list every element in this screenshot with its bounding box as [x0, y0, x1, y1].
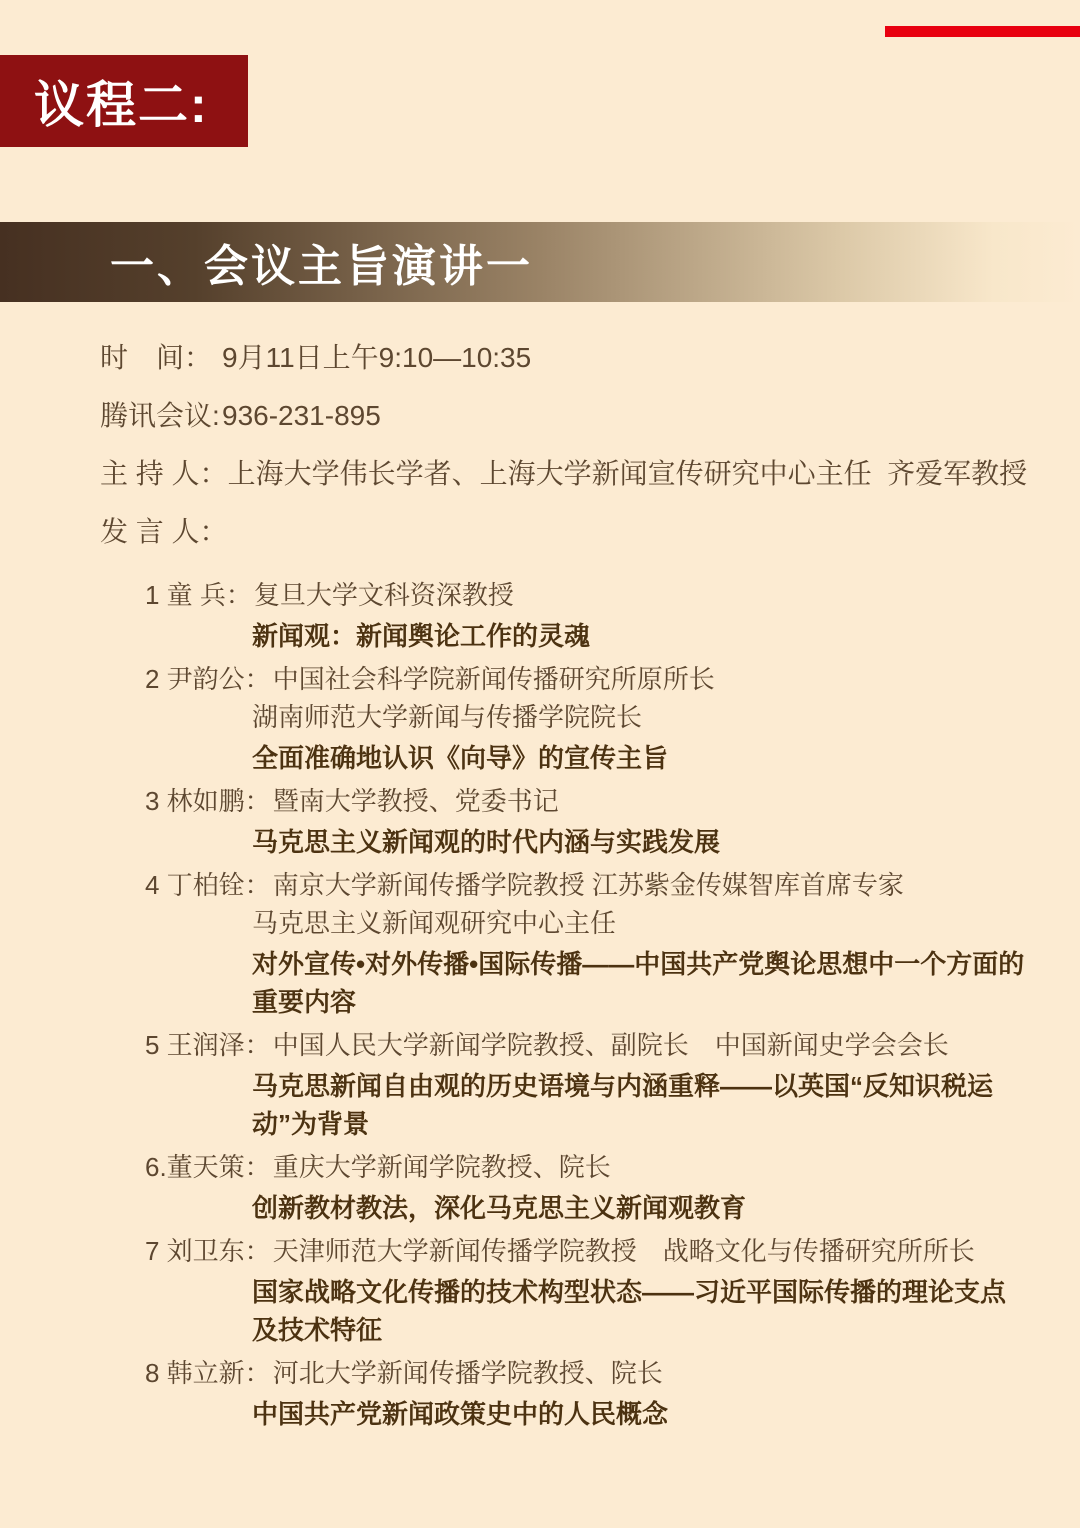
- section-band: 一、会议主旨演讲一: [0, 222, 1080, 302]
- speaker-entry-3: 3 林如鹏：暨南大学教授、党委书记 马克思主义新闻观的时代内涵与实践发展: [100, 782, 1030, 861]
- agenda-badge: 议程二:: [0, 55, 248, 147]
- content: 时 间：9月11日上午9:10—10:35 腾讯会议:936-231-895 主…: [100, 344, 1030, 1438]
- speaker-line: 5 王润泽：中国人民大学新闻学院教授、副院长 中国新闻史学会会长: [100, 1026, 1030, 1064]
- meta-block: 时 间：9月11日上午9:10—10:35 腾讯会议:936-231-895 主…: [100, 344, 1030, 546]
- speaker-topic: 对外宣传•对外传播•国际传播——中国共产党舆论思想中一个方面的重要内容: [100, 945, 1030, 1021]
- meeting-id-value: 936-231-895: [222, 400, 381, 431]
- speaker-topic: 国家战略文化传播的技术构型状态——习近平国际传播的理论支点及技术特征: [100, 1273, 1030, 1349]
- speaker-entry-2: 2 尹韵公：中国社会科学院新闻传播研究所原所长 湖南师范大学新闻与传播学院院长 …: [100, 660, 1030, 777]
- speaker-topic: 马克思主义新闻观的时代内涵与实践发展: [100, 823, 1030, 861]
- speaker-line: 3 林如鹏：暨南大学教授、党委书记: [100, 782, 1030, 820]
- speaker-name: 3 林如鹏：: [145, 786, 271, 816]
- speaker-entry-7: 7 刘卫东：天津师范大学新闻传播学院教授 战略文化与传播研究所所长 国家战略文化…: [100, 1232, 1030, 1349]
- top-red-bar: [885, 26, 1080, 37]
- meta-row-meeting: 腾讯会议:936-231-895: [100, 402, 1030, 430]
- speaker-affiliation: 南京大学新闻传播学院教授 江苏紫金传媒智库首席专家: [273, 870, 904, 900]
- speaker-affiliation: 暨南大学教授、党委书记: [273, 786, 559, 816]
- speaker-line: 2 尹韵公：中国社会科学院新闻传播研究所原所长: [100, 660, 1030, 698]
- speaker-affiliation-2-text: 马克思主义新闻观研究中心主任: [252, 908, 616, 938]
- speaker-affiliation: 中国人民大学新闻学院教授、副院长 中国新闻史学会会长: [273, 1030, 949, 1060]
- time-value: 9月11日上午9:10—10:35: [222, 342, 531, 373]
- speaker-affiliation: 复旦大学文科资深教授: [254, 580, 514, 610]
- speaker-affiliation-2: 湖南师范大学新闻与传播学院院长: [100, 698, 1030, 736]
- speaker-affiliation: 河北大学新闻传播学院教授、院长: [273, 1358, 663, 1388]
- speaker-entry-5: 5 王润泽：中国人民大学新闻学院教授、副院长 中国新闻史学会会长 马克思新闻自由…: [100, 1026, 1030, 1143]
- speaker-line: 7 刘卫东：天津师范大学新闻传播学院教授 战略文化与传播研究所所长: [100, 1232, 1030, 1270]
- speaker-topic: 创新教材教法，深化马克思主义新闻观教育: [100, 1189, 1030, 1227]
- speaker-line: 8 韩立新：河北大学新闻传播学院教授、院长: [100, 1354, 1030, 1392]
- speaker-affiliation: 重庆大学新闻学院教授、院长: [273, 1152, 611, 1182]
- speaker-name: 5 王润泽：: [145, 1030, 271, 1060]
- speakers-list: 1 童 兵：复旦大学文科资深教授 新闻观：新闻舆论工作的灵魂 2 尹韵公：中国社…: [100, 576, 1030, 1433]
- speaker-topic: 中国共产党新闻政策史中的人民概念: [100, 1395, 1030, 1433]
- host-label: 主 持 人：: [100, 460, 228, 488]
- speaker-line: 1 童 兵：复旦大学文科资深教授: [100, 576, 1030, 614]
- agenda-page: 议程二: 一、会议主旨演讲一 时 间：9月11日上午9:10—10:35 腾讯会…: [0, 0, 1080, 1528]
- speaker-name: 7 刘卫东：: [145, 1236, 271, 1266]
- speaker-entry-8: 8 韩立新：河北大学新闻传播学院教授、院长 中国共产党新闻政策史中的人民概念: [100, 1354, 1030, 1433]
- section-title: 一、会议主旨演讲一: [110, 230, 533, 294]
- meta-row-speakers-heading: 发 言 人：: [100, 518, 1030, 546]
- speaker-entry-4: 4 丁柏铨：南京大学新闻传播学院教授 江苏紫金传媒智库首席专家 马克思主义新闻观…: [100, 866, 1030, 1021]
- speaker-topic: 新闻观：新闻舆论工作的灵魂: [100, 617, 1030, 655]
- agenda-badge-text: 议程二:: [34, 65, 209, 137]
- time-label: 时 间：: [100, 344, 222, 372]
- speaker-affiliation: 中国社会科学院新闻传播研究所原所长: [273, 664, 715, 694]
- speaker-topic: 马克思新闻自由观的历史语境与内涵重释——以英国“反知识税运动”为背景: [100, 1067, 1030, 1143]
- meta-row-time: 时 间：9月11日上午9:10—10:35: [100, 344, 1030, 372]
- speaker-name: 1 童 兵：: [145, 580, 252, 610]
- meta-row-host: 主 持 人：上海大学伟长学者、上海大学新闻宣传研究中心主任 齐爱军教授: [100, 460, 1030, 488]
- speaker-topic: 全面准确地认识《向导》的宣传主旨: [100, 739, 1030, 777]
- meeting-label: 腾讯会议:: [100, 402, 222, 430]
- speaker-name: 6.董天策：: [145, 1152, 271, 1182]
- speaker-line: 4 丁柏铨：南京大学新闻传播学院教授 江苏紫金传媒智库首席专家: [100, 866, 1030, 904]
- speaker-name: 4 丁柏铨：: [145, 870, 271, 900]
- speaker-entry-1: 1 童 兵：复旦大学文科资深教授 新闻观：新闻舆论工作的灵魂: [100, 576, 1030, 655]
- speakers-heading-label: 发 言 人：: [100, 518, 228, 546]
- speaker-affiliation-2: 马克思主义新闻观研究中心主任: [100, 904, 1030, 942]
- speaker-name: 8 韩立新：: [145, 1358, 271, 1388]
- speaker-entry-6: 6.董天策：重庆大学新闻学院教授、院长 创新教材教法，深化马克思主义新闻观教育: [100, 1148, 1030, 1227]
- speaker-affiliation: 天津师范大学新闻传播学院教授 战略文化与传播研究所所长: [273, 1236, 975, 1266]
- speaker-affiliation-2-text: 湖南师范大学新闻与传播学院院长: [252, 702, 642, 732]
- speaker-name: 2 尹韵公：: [145, 664, 271, 694]
- speaker-line: 6.董天策：重庆大学新闻学院教授、院长: [100, 1148, 1030, 1186]
- host-value: 上海大学伟长学者、上海大学新闻宣传研究中心主任 齐爱军教授: [228, 458, 1028, 489]
